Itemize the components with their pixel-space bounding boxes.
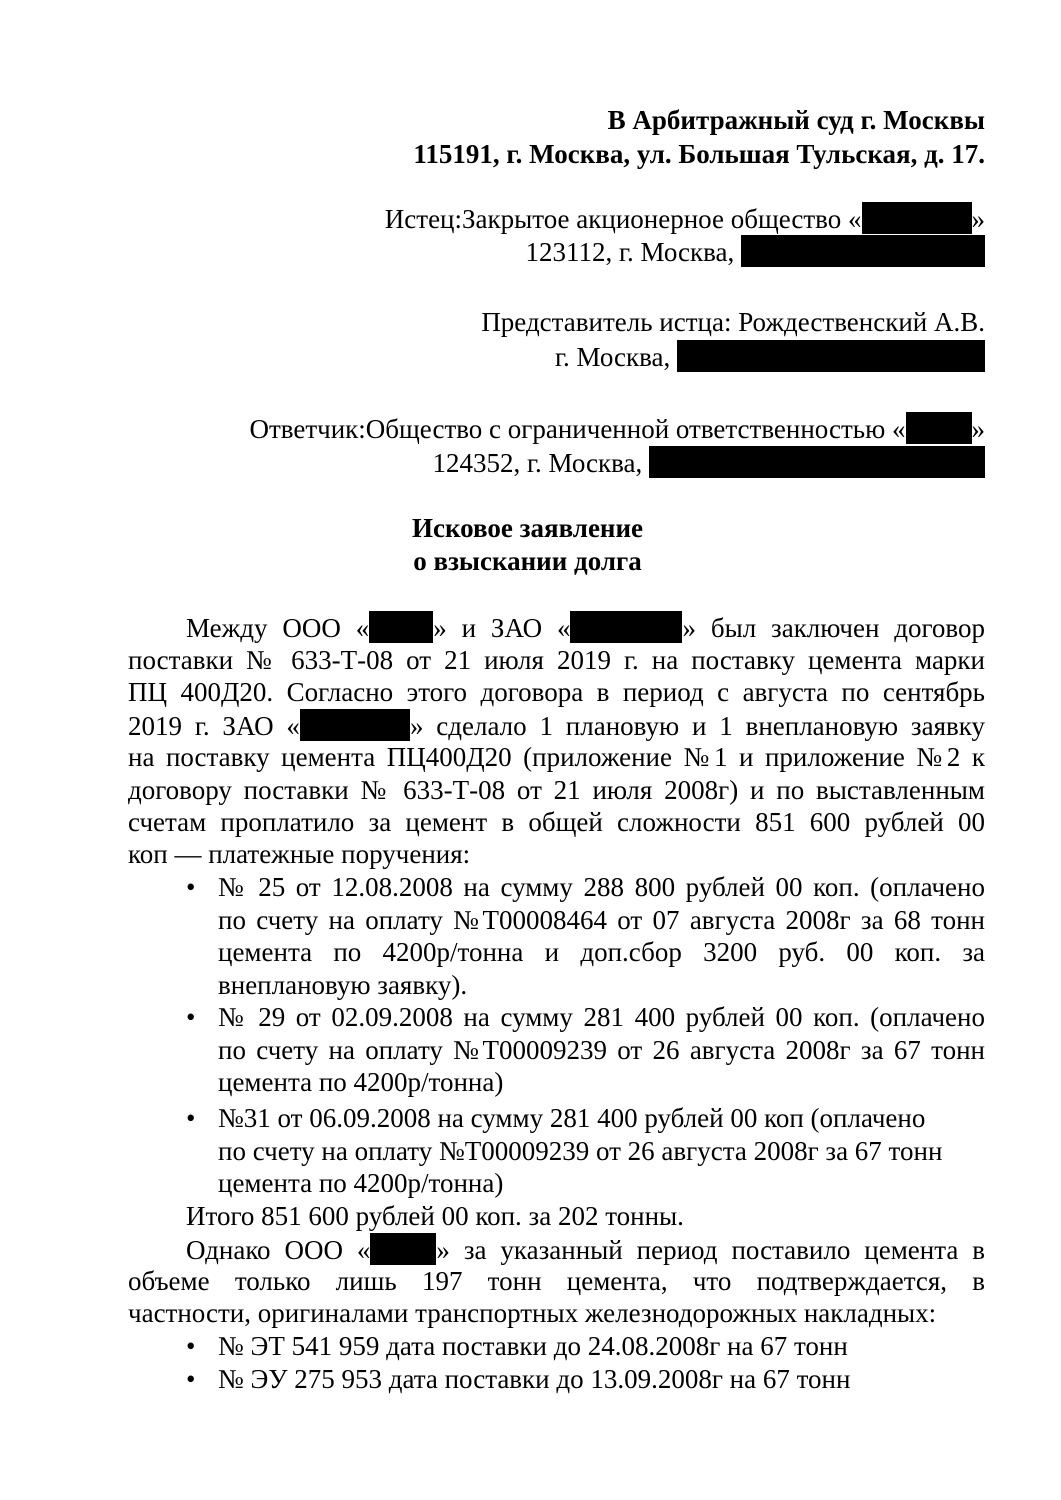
payment-item-line: цемента по 4200р/тонна и доп.сбор 3200 р… (218, 936, 985, 968)
payment-item-line: №31 от 06.09.2008 на сумму 281 400 рубле… (218, 1102, 925, 1134)
paragraph-line: Между ООО «» и ЗАО «» был заключен догов… (186, 611, 985, 644)
bullet-icon: • (186, 1363, 195, 1395)
defendant-label: Ответчик:Общество с ограниченной ответст… (249, 414, 905, 444)
defendant-address: 124352, г. Москва, (432, 446, 985, 479)
paragraph-line: счетам проплатило за цемент в общей слож… (128, 806, 985, 838)
paragraph-line: ПЦ 400Д20. Согласно этого договора в пер… (128, 676, 985, 708)
plaintiff-line: Истец:Закрытое акционерное общество «» (385, 202, 985, 235)
paragraph-line: коп — платежные поручения: (128, 838, 985, 870)
plaintiff-address-text: 123112, г. Москва, (525, 237, 741, 267)
waybill-item: № ЭУ 275 953 дата поставки до 13.09.2008… (218, 1363, 850, 1395)
defendant-line: Ответчик:Общество с ограниченной ответст… (249, 412, 985, 445)
redaction-block (677, 340, 985, 372)
payment-item-line: по счету на оплату №Т00008464 от 07 авгу… (218, 904, 985, 936)
paragraph-line: Однако ООО «» за указанный период постав… (186, 1233, 985, 1266)
payment-item-line: внеплановую заявку). (218, 969, 467, 1001)
plaintiff-close: » (972, 204, 986, 234)
payment-item-line: № 29 от 02.09.2008 на сумму 281 400 рубл… (218, 1001, 985, 1033)
paragraph-line: 2019 г. ЗАО «» сделало 1 плановую и 1 вн… (128, 709, 985, 742)
representative-address-text: г. Москва, (555, 342, 677, 372)
defendant-address-text: 124352, г. Москва, (432, 448, 649, 478)
document-subtitle: о взыскании долга (0, 545, 1061, 577)
redaction-block (570, 611, 682, 643)
payment-item-line: по счету на оплату №Т00009239 от 26 авгу… (218, 1034, 985, 1066)
payment-item-line: цемента по 4200р/тонна) (218, 1167, 503, 1199)
representative-address: г. Москва, (555, 340, 985, 373)
bullet-icon: • (186, 1102, 195, 1134)
plaintiff-label: Истец:Закрытое акционерное общество « (385, 204, 862, 234)
redaction-block (649, 446, 985, 478)
defendant-close: » (972, 414, 986, 444)
paragraph-line: частности, оригиналами транспортных желе… (128, 1297, 985, 1329)
plaintiff-address: 123112, г. Москва, (525, 235, 985, 268)
bullet-icon: • (186, 871, 195, 903)
payment-item-line: № 25 от 12.08.2008 на сумму 288 800 рубл… (218, 871, 985, 903)
court-address: 115191, г. Москва, ул. Большая Тульская,… (413, 138, 985, 170)
redaction-block (369, 611, 433, 643)
redaction-block (370, 1233, 436, 1265)
bullet-icon: • (186, 1330, 195, 1362)
redaction-block (741, 235, 985, 267)
redaction-block (300, 709, 410, 741)
payment-item-line: цемента по 4200р/тонна) (218, 1066, 503, 1098)
paragraph-line: поставки № 633-Т-08 от 21 июля 2019 г. н… (128, 644, 985, 676)
representative: Представитель истца: Рождественский А.В. (481, 306, 985, 338)
court-name: В Арбитражный суд г. Москвы (608, 104, 985, 136)
redaction-block (862, 202, 972, 234)
bullet-icon: • (186, 1001, 195, 1033)
waybill-item: № ЭТ 541 959 дата поставки до 24.08.2008… (218, 1330, 848, 1362)
paragraph-line: договору поставки № 633-Т-08 от 21 июля … (128, 774, 985, 806)
redaction-block (906, 412, 972, 444)
paragraph-line: на поставку цемента ПЦ400Д20 (приложение… (128, 741, 985, 773)
document-title: Исковое заявление (0, 512, 1061, 544)
paragraph-line: объеме только лишь 197 тонн цемента, что… (128, 1265, 985, 1297)
payment-item-line: по счету на оплату №Т00009239 от 26 авгу… (218, 1135, 942, 1167)
total-line: Итого 851 600 рублей 00 коп. за 202 тонн… (186, 1200, 684, 1232)
